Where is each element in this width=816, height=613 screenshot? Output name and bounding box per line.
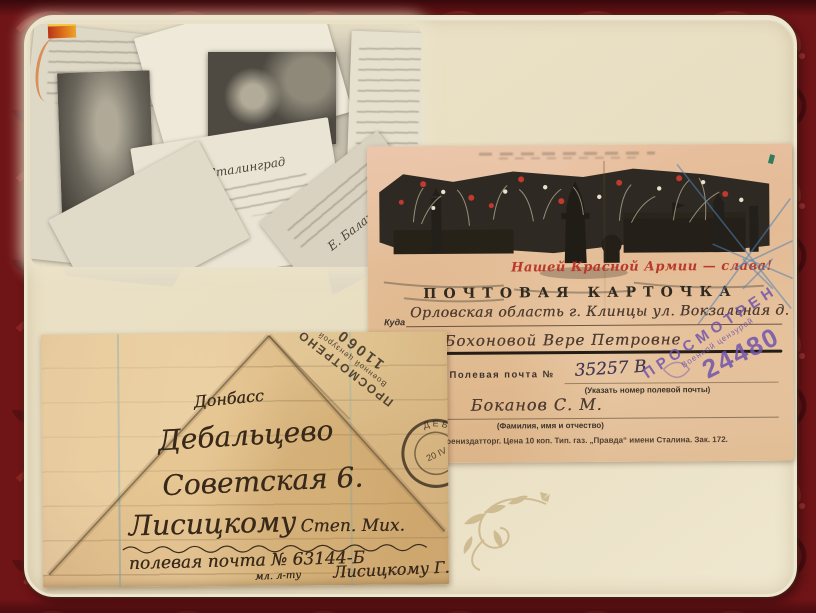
frame-bottom-shade [0, 599, 816, 613]
triangle-letter: Донбасс Дебальцево Советская 6. Лисицком… [41, 331, 449, 588]
slide: 42221 Б Г. Сталинград 28415 Е. Балашев [0, 0, 816, 613]
frame-top-shade [0, 0, 816, 16]
photo-collage: 42221 Б Г. Сталинград 28415 Е. Балашев [30, 24, 422, 267]
postmark-date: 20 IV [425, 445, 448, 463]
letter-rank: мл. л-ту [255, 570, 301, 583]
vine-flourish [450, 490, 555, 572]
red-ribbon-mark [48, 24, 76, 38]
letter-addressee: Лисицкому [128, 505, 296, 542]
letter-addressee-initials: Степ. Мих. [300, 516, 404, 537]
